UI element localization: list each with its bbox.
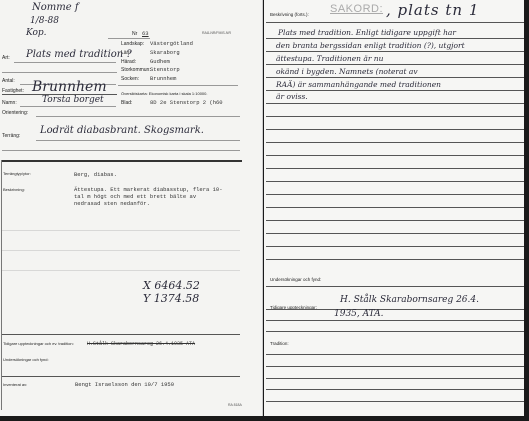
blad-value: 8D 2e Stenstorp 2 (h60 <box>150 99 223 106</box>
lan-value: Skaraborg <box>150 49 180 56</box>
ruled-line <box>266 38 524 39</box>
left-page: Nomme f 1/8-88 Kop. Nr 63 RAÄ-NR/FMIS-NR… <box>0 0 263 416</box>
antal-label: Antal: <box>2 78 15 84</box>
ruled-line <box>266 309 524 310</box>
beskrivning-value: Ättestupa. Ett markerat diabasstup, fler… <box>74 186 224 207</box>
beskrivning-forts-label: Beskrivning (forts.): <box>270 12 309 17</box>
ruled-line <box>266 401 524 402</box>
handwritten-header-line3: Kop. <box>26 28 47 38</box>
nr-label: Nr <box>132 31 137 37</box>
ruled-line <box>266 207 524 208</box>
orientering-label: Orientering: <box>2 110 28 116</box>
inventerat-value: Bengt Israelsson den 10/7 1950 <box>75 381 174 388</box>
ruled-line <box>266 22 524 23</box>
ruled-line <box>266 286 524 287</box>
harad-label: Härad: <box>121 59 136 65</box>
description-line-4: okänd i bygden. Namnets (noterat av <box>276 67 418 76</box>
art-value: Plats med tradition ? <box>26 49 132 60</box>
tradition-label: Tradition: <box>270 341 289 346</box>
faint-line <box>2 270 240 271</box>
nr-underline <box>108 38 150 39</box>
landskap-label: Landskap: <box>121 41 144 47</box>
sakord-stamp: SAKORD: <box>330 3 383 15</box>
lan-label: Län: <box>121 50 131 56</box>
ruled-line <box>266 389 524 390</box>
ruled-line <box>266 129 524 130</box>
section-divider <box>2 160 242 162</box>
faint-line <box>2 230 240 231</box>
description-line-5: RAÄ) är sammanhängande med traditionen <box>276 80 441 89</box>
harad-value: Gudhem <box>150 58 170 65</box>
terrangtyp-value: Berg, diabas. <box>74 171 117 178</box>
landskap-value: Västergötland <box>150 40 193 47</box>
divider <box>118 85 238 86</box>
kommun-label: Storkommun: <box>121 67 151 73</box>
ruled-line <box>266 142 524 143</box>
coordinate-x: X 6464.52 <box>143 279 200 292</box>
terrang-label: Terräng: <box>2 133 20 139</box>
handwritten-header-line1: Nomme f <box>32 2 79 13</box>
socken-label: Socken: <box>121 76 139 82</box>
section-divider <box>2 376 240 377</box>
description-line-2: den branta bergssidan enligt tradition (… <box>276 41 465 50</box>
namn-underline <box>20 106 116 107</box>
description-line-3: ättestupa. Traditionen är nu <box>276 54 383 63</box>
ruled-line <box>266 233 524 234</box>
orientering-underline <box>36 116 240 117</box>
description-line-1: Plats med tradition. Enligt tidigare upp… <box>278 28 456 37</box>
divider <box>2 150 240 151</box>
ruled-line <box>266 155 524 156</box>
inventerat-label: Inventerat av: <box>3 382 27 387</box>
ruled-line <box>266 220 524 221</box>
ruled-line <box>266 116 524 117</box>
ruled-line <box>266 168 524 169</box>
tidigare-value: H.Stålk Skarabornsareg 26.4.1935 ATA <box>87 341 195 347</box>
ruled-line <box>266 378 524 379</box>
ruled-line <box>266 181 524 182</box>
sakord-value: , plats tn 1 <box>386 1 479 19</box>
section-divider <box>2 334 240 335</box>
ruled-line <box>266 246 524 247</box>
ruled-line <box>266 354 524 355</box>
namn-label: Namn: <box>2 100 17 106</box>
nr-value: 63 <box>142 30 149 37</box>
beskrivning-label: Beskrivning: <box>3 187 25 192</box>
fastighet-value: Brunnhem <box>32 79 107 95</box>
terrang-underline <box>36 140 240 141</box>
kommun-value: Stenstorp <box>150 66 180 73</box>
faint-line <box>2 250 240 251</box>
undersokningar-label: Undersökningar och fynd: <box>3 357 49 362</box>
undersokningar-label: Undersökningar och fynd: <box>270 277 321 282</box>
right-page: Beskrivning (forts.): SAKORD: , plats tn… <box>264 0 524 416</box>
namn-value: Torsta borget <box>42 95 104 105</box>
terrang-value: Lodrät diabasbrant. Skogsmark. <box>40 125 204 136</box>
tidigare-label: Tidigare uppteckningar och ev. tradition… <box>3 341 74 346</box>
ruled-line <box>266 51 524 52</box>
ruled-line <box>266 77 524 78</box>
handwritten-header-line2: 1/8-88 <box>30 16 59 26</box>
ruled-line <box>266 259 524 260</box>
overview-map-label: Översiktskarta: Ekonomisk karta i skala … <box>121 91 207 96</box>
ruled-line <box>266 320 524 321</box>
ruled-line <box>266 194 524 195</box>
footer-code: RA 818A <box>228 403 242 407</box>
divider <box>2 72 117 73</box>
ruled-line <box>266 90 524 91</box>
ruled-line <box>266 366 524 367</box>
socken-value: Brunnhem <box>150 75 176 82</box>
blad-label: Blad: <box>121 100 132 106</box>
left-margin-line <box>1 160 2 410</box>
art-underline <box>14 62 116 63</box>
art-label: Art: <box>2 55 10 61</box>
terrangtyp-label: Terrängtyp/ytor: <box>3 171 31 176</box>
tidigare-value-line1: H. Stålk Skarabornsareg 26.4. <box>340 295 479 305</box>
tidigare-value-line2: 1935, ATA. <box>334 309 384 319</box>
description-line-6: är oviss. <box>276 92 308 101</box>
coordinate-y: Y 1374.58 <box>143 292 199 305</box>
ruled-line <box>266 103 524 104</box>
ruled-line <box>266 64 524 65</box>
registry-code: RAÄ-NR/FMIS-NR <box>202 31 231 35</box>
ruled-line <box>266 331 524 332</box>
